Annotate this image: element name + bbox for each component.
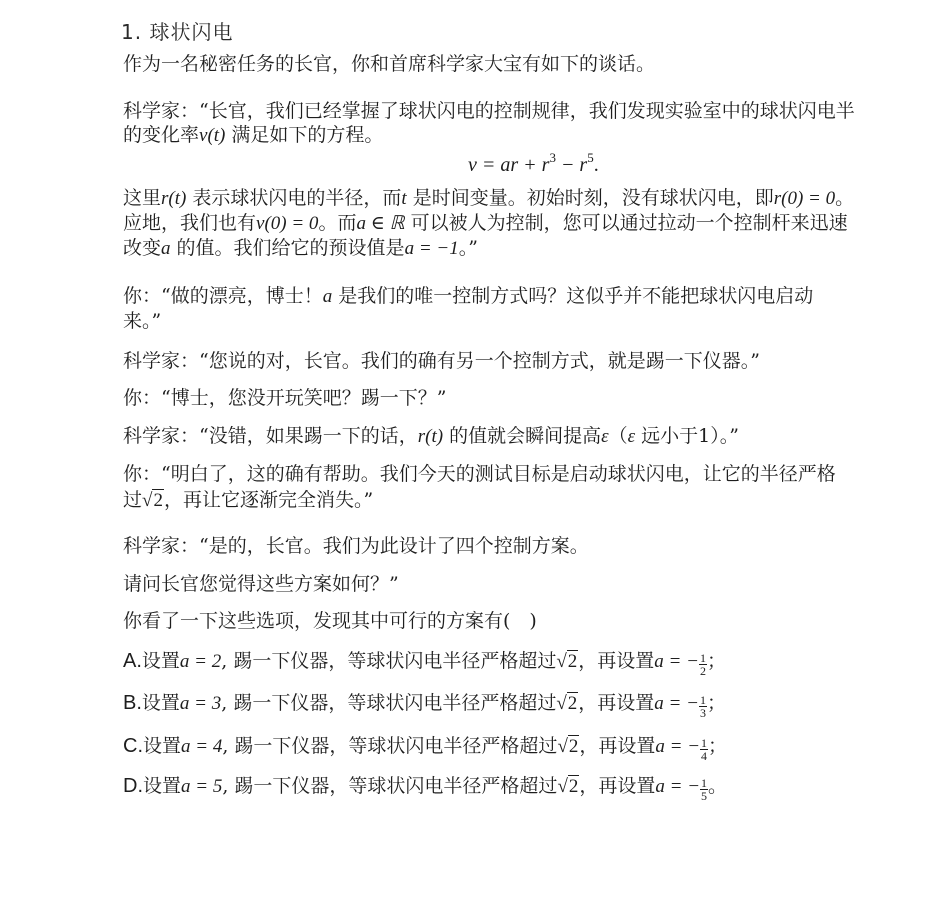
fraction: 15	[700, 777, 708, 802]
option-a[interactable]: A.设置a = 2, 踢一下仪器，等球状闪电半径严格超过√2，再设置a = −1…	[123, 649, 726, 677]
scientist-reply-1: 科学家：“您说的对，长官。我们的确有另一个控制方式，就是踢一下仪器。”	[123, 349, 760, 373]
math-a-final: a = −	[655, 736, 700, 757]
text-segment: ；	[708, 735, 727, 757]
sqrt-2: √2	[556, 692, 578, 714]
equation-lhs: v = ar + r	[468, 154, 549, 176]
text-segment: 这里	[123, 187, 161, 209]
scientist-line-2: 的变化率v(t) 满足如下的方程。	[123, 123, 383, 148]
text-segment: , 踢一下仪器，等球状闪电半径严格超过	[221, 650, 556, 672]
sqrt-radicand: 2	[567, 650, 579, 672]
fraction-denominator: 4	[700, 750, 708, 762]
fraction: 14	[700, 737, 708, 762]
text-segment: 改变	[123, 237, 161, 259]
you-reply-2-line-2: 过√2，再让它逐渐完全消失。”	[123, 488, 373, 513]
text-segment: , 踢一下仪器，等球状闪电半径严格超过	[222, 735, 557, 757]
option-d[interactable]: D.设置a = 5, 踢一下仪器，等球状闪电半径严格超过√2，再设置a = −1…	[123, 774, 727, 802]
text-segment: 可以被人为控制，您可以通过拉动一个控制杆来迅速	[405, 212, 848, 234]
math-r0: r(0) = 0	[774, 188, 835, 209]
explanation-line-2: 应地，我们也有v(0) = 0。而a ∈ ℝ 可以被人为控制，您可以通过拉动一个…	[123, 211, 848, 236]
text-segment: 的变化率	[123, 124, 199, 146]
document-page: 1. 球状闪电 作为一名秘密任务的长官，你和首席科学家大宝有如下的谈话。 科学家…	[0, 0, 952, 900]
text-segment: 过	[123, 489, 142, 511]
text-segment: 远小于1）。”	[635, 425, 739, 447]
you-line-1: 你：“做的漂亮，博士！a 是我们的唯一控制方式吗？这似乎并不能把球状闪电启动	[123, 284, 813, 309]
text-segment: 。”	[459, 237, 478, 259]
text-segment: 满足如下的方程。	[225, 124, 383, 146]
text-segment: ，再设置	[579, 775, 655, 797]
you-reply-2-line-1: 你：“明白了，这的确有帮助。我们今天的测试目标是启动球状闪电，让它的半径严格	[123, 462, 836, 486]
text-segment: ，再让它逐渐完全消失。”	[164, 489, 373, 511]
text-segment: （	[609, 425, 628, 447]
math-r-of-t: r(t)	[161, 188, 186, 209]
math-epsilon: ε	[601, 426, 609, 447]
text-segment: 的值。我们给它的预设值是	[171, 237, 405, 259]
you-line-2: 来。”	[123, 309, 161, 333]
option-b[interactable]: B.设置a = 3, 踢一下仪器，等球状闪电半径严格超过√2，再设置a = −1…	[123, 691, 726, 719]
equation-end: .	[594, 154, 599, 176]
equation: v = ar + r3 − r5.	[468, 150, 599, 177]
option-label: A.	[123, 650, 142, 672]
explanation-line-1: 这里r(t) 表示球状闪电的半径，而t 是时间变量。初始时刻，没有球状闪电，即r…	[123, 186, 854, 211]
sqrt-radicand: 2	[568, 735, 580, 757]
text-segment: 。而	[318, 212, 356, 234]
text-segment: 表示球状闪电的半径，而	[186, 187, 401, 209]
text-segment: 科学家：“长官，我们已经掌握了球状闪电的控制规律，我们发现实验室中的球状闪电半	[123, 100, 855, 122]
sqrt-2: √2	[142, 489, 164, 511]
option-label: B.	[123, 692, 142, 714]
math-a: a	[161, 238, 171, 259]
fraction: 12	[699, 652, 707, 677]
text-segment: ；	[707, 692, 726, 714]
math-a-default: a = −1	[405, 238, 459, 259]
math-epsilon: ε	[628, 426, 636, 447]
scientist-reply-3: 科学家：“是的，长官。我们为此设计了四个控制方案。	[123, 534, 589, 558]
text-segment: , 踢一下仪器，等球状闪电半径严格超过	[221, 692, 556, 714]
sqrt-radicand: 2	[152, 489, 164, 511]
math-a-final: a = −	[654, 651, 699, 672]
sqrt-radicand: 2	[567, 692, 579, 714]
scientist-line-1: 科学家：“长官，我们已经掌握了球状闪电的控制规律，我们发现实验室中的球状闪电半	[123, 99, 855, 123]
math-v0: v(0) = 0	[256, 213, 318, 234]
math-a-value: a = 4	[181, 736, 222, 757]
text-segment: ，再设置	[578, 692, 654, 714]
fraction-denominator: 2	[699, 665, 707, 677]
math-a-value: a = 2	[180, 651, 221, 672]
text-segment: 是我们的唯一控制方式吗？这似乎并不能把球状闪电启动	[332, 285, 813, 307]
text-segment: 设置	[143, 735, 181, 757]
text-segment: 设置	[142, 650, 180, 672]
text-segment: , 踢一下仪器，等球状闪电半径严格超过	[222, 775, 557, 797]
fraction: 13	[699, 694, 707, 719]
text-segment: 的值就会瞬间提高	[443, 425, 601, 447]
math-a-final: a = −	[654, 693, 699, 714]
explanation-line-3: 改变a 的值。我们给它的预设值是a = −1。”	[123, 236, 478, 261]
math-a-value: a = 5	[181, 776, 222, 797]
sqrt-radicand: 2	[568, 775, 580, 797]
option-label: D.	[123, 775, 143, 797]
fraction-denominator: 5	[700, 790, 708, 802]
text-segment: 。	[835, 187, 854, 209]
text-segment: 你：“做的漂亮，博士！	[123, 285, 323, 307]
text-segment: 应地，我们也有	[123, 212, 256, 234]
math-r-of-t: r(t)	[418, 426, 443, 447]
math-a-value: a = 3	[180, 693, 221, 714]
text-segment: 。	[708, 775, 727, 797]
option-label: C.	[123, 735, 143, 757]
math-a-final: a = −	[655, 776, 700, 797]
equation-mid: − r	[556, 154, 587, 176]
text-segment: ，再设置	[579, 735, 655, 757]
option-c[interactable]: C.设置a = 4, 踢一下仪器，等球状闪电半径严格超过√2，再设置a = −1…	[123, 734, 727, 762]
sqrt-2: √2	[557, 775, 579, 797]
text-segment: 设置	[143, 775, 181, 797]
text-segment: ；	[707, 650, 726, 672]
intro-text: 作为一名秘密任务的长官，你和首席科学家大宝有如下的谈话。	[123, 52, 655, 76]
math-v-of-t: v(t)	[199, 125, 225, 146]
scientist-question: 请问长官您觉得这些方案如何？”	[123, 572, 399, 596]
text-segment: 是时间变量。初始时刻，没有球状闪电，即	[407, 187, 774, 209]
you-reply-1: 你：“博士，您没开玩笑吧？踢一下？”	[123, 386, 446, 410]
text-segment: ，再设置	[578, 650, 654, 672]
sqrt-2: √2	[557, 735, 579, 757]
math-a-in-r: a ∈ ℝ	[356, 213, 404, 234]
sqrt-2: √2	[556, 650, 578, 672]
math-a: a	[323, 286, 333, 307]
problem-title: 1. 球状闪电	[121, 16, 233, 45]
text-segment: 科学家：“没错，如果踢一下的话，	[123, 425, 418, 447]
question-stem: 你看了一下这些选项，发现其中可行的方案有( )	[123, 609, 537, 633]
fraction-denominator: 3	[699, 707, 707, 719]
text-segment: 设置	[142, 692, 180, 714]
scientist-reply-2: 科学家：“没错，如果踢一下的话，r(t) 的值就会瞬间提高ε（ε 远小于1）。”	[123, 424, 739, 449]
